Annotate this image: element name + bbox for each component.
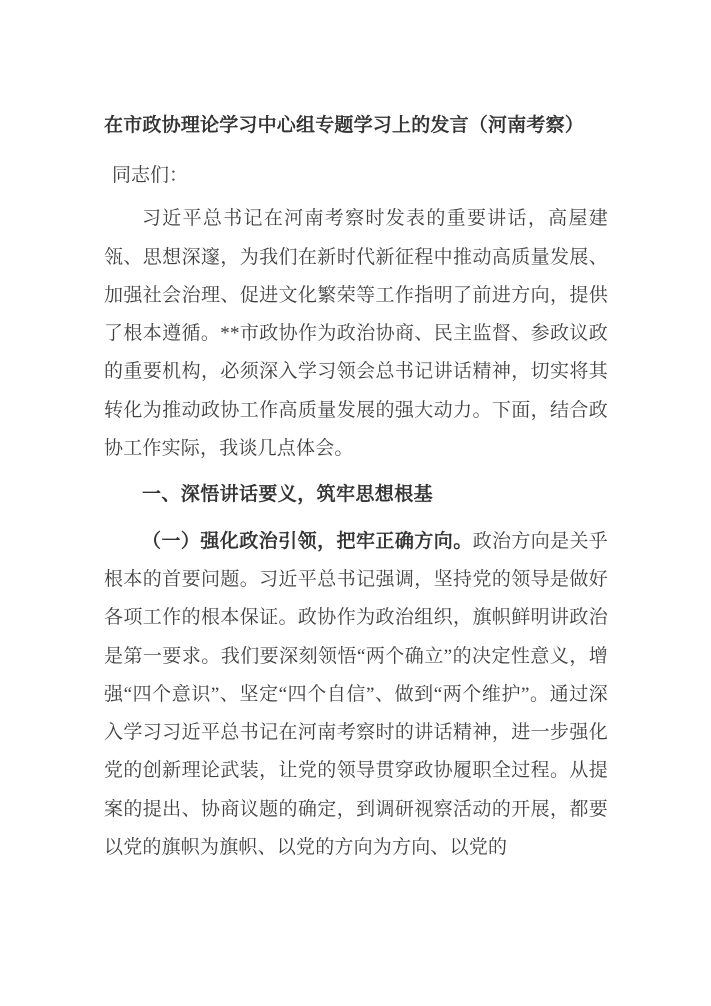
subsection-1-lead: （一）强化政治引领，把牢正确方向。 <box>142 531 473 552</box>
subsection-1-paragraph: （一）强化政治引领，把牢正确方向。政治方向是关乎根本的首要问题。习近平总书记强调… <box>104 523 608 868</box>
subsection-1-body: 政治方向是关乎根本的首要问题。习近平总书记强调，坚持党的领导是做好各项工作的根本… <box>104 531 608 858</box>
document-page: 在市政协理论学习中心组专题学习上的发言（河南考察） 同志们： 习近平总书记在河南… <box>0 0 711 1006</box>
salutation: 同志们： <box>104 157 608 195</box>
intro-paragraph: 习近平总书记在河南考察时发表的重要讲话，高屋建瓴、思想深邃，为我们在新时代新征程… <box>104 200 608 468</box>
document-title: 在市政协理论学习中心组专题学习上的发言（河南考察） <box>104 112 608 140</box>
section-1-heading: 一、深悟讲话要义，筑牢思想根基 <box>104 476 608 514</box>
